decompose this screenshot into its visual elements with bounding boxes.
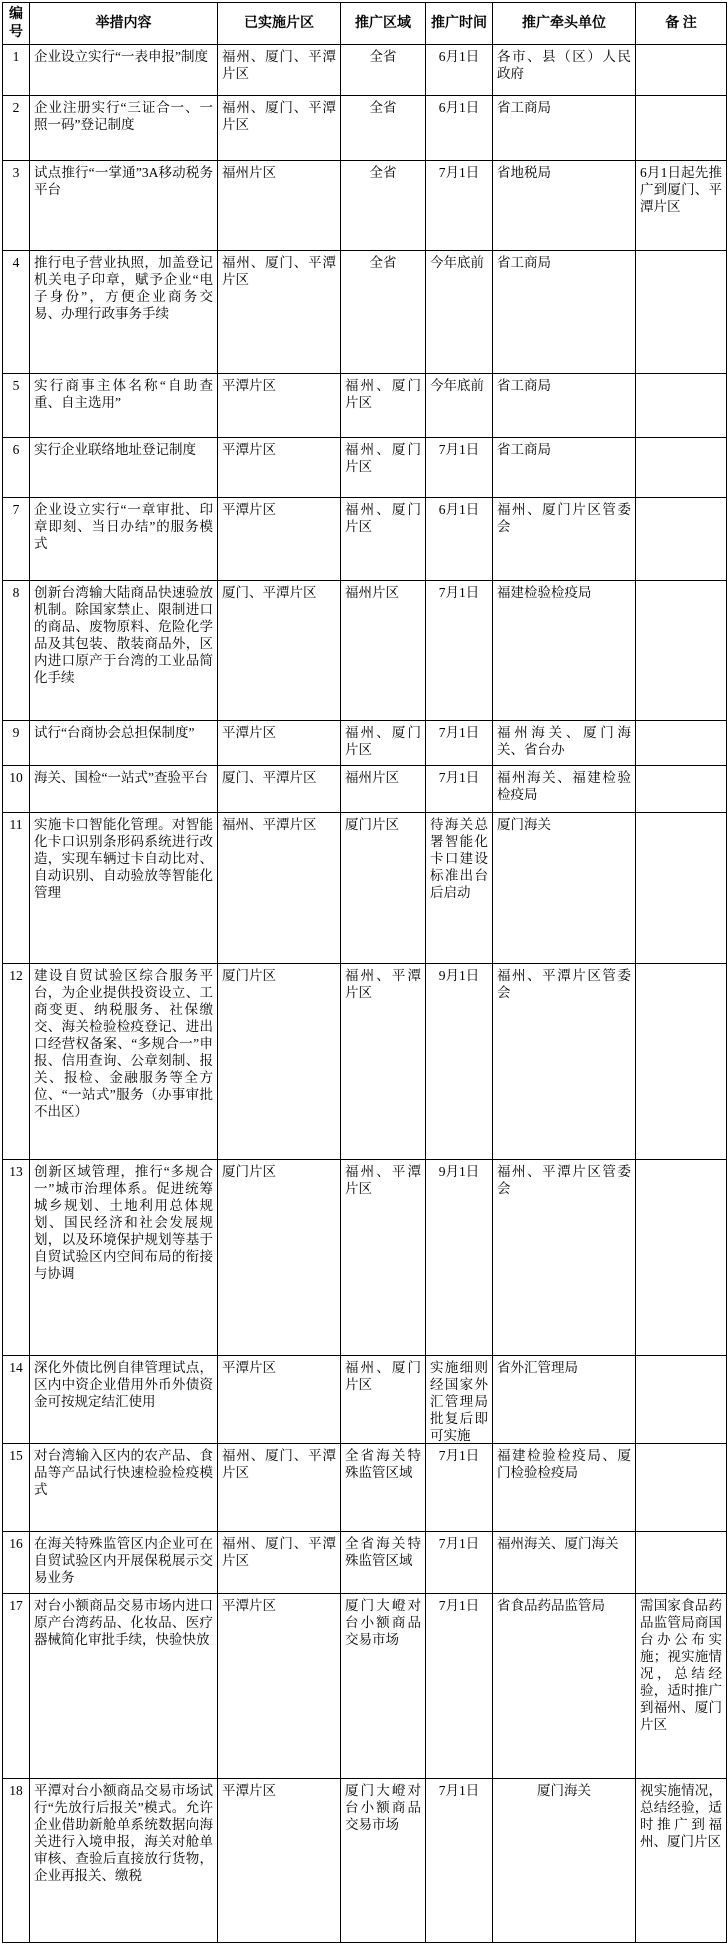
cell-time: 7月1日 <box>426 1779 493 1943</box>
cell-text: 福州、平潭片区管委会 <box>493 964 635 1159</box>
cell-text: 深化外债比例自律管理试点，区内中资企业借用外币外债资金可按规定结汇使用 <box>30 1356 217 1443</box>
cell-text: 福州片区 <box>218 161 340 250</box>
cell-content: 实行企业联络地址登记制度 <box>30 438 218 498</box>
cell-lead_unit: 福州、厦门片区管委会 <box>493 498 636 581</box>
cell-text: 福州、厦门、平潭片区 <box>218 251 340 373</box>
cell-implemented: 福州、厦门、平潭片区 <box>218 1532 341 1594</box>
cell-text: 平潭片区 <box>218 1594 340 1778</box>
cell-content: 试行“台商协会总担保制度” <box>30 721 218 766</box>
cell-num: 8 <box>3 581 30 721</box>
cell-content: 创新台湾输大陆商品快速验放机制。除国家禁止、限制进口的商品、废物原料、危险化学品… <box>30 581 218 721</box>
cell-implemented: 福州、平潭片区 <box>218 813 341 964</box>
cell-time: 6月1日 <box>426 45 493 96</box>
document-page: 编号举措内容已实施片区推广区域推广时间推广牵头单位备 注 1企业设立实行“一表申… <box>0 2 728 1943</box>
cell-text: 7月1日 <box>426 721 492 765</box>
cell-num: 1 <box>3 45 30 96</box>
cell-remark <box>636 766 727 813</box>
cell-text: 厦门海关 <box>493 1779 635 1942</box>
cell-remark <box>636 1532 727 1594</box>
cell-text: 需国家食品药品监管局商国台办公布实施；视实施情况，总结经验，适时推广到福州、厦门… <box>636 1594 726 1778</box>
cell-text: 6 <box>3 438 29 497</box>
table-row: 15对台湾输入区内的农产品、食品等产品试行快速检验检疫模式福州、厦门、平潭片区全… <box>3 1444 727 1532</box>
cell-content: 实施卡口智能化管理。对智能化卡口识别条形码系统进行改造，实现车辆过卡自动比对、自… <box>30 813 218 964</box>
cell-text: 14 <box>3 1356 29 1443</box>
cell-text: 7月1日 <box>426 1532 492 1593</box>
cell-remark <box>636 374 727 438</box>
cell-lead_unit: 省食品药品监管局 <box>493 1594 636 1779</box>
cell-text: 6月1日 <box>426 498 492 580</box>
cell-num: 2 <box>3 96 30 161</box>
table-row: 3试点推行“一掌通”3A移动税务平台福州片区全省7月1日省地税局6月1日起先推广… <box>3 161 727 251</box>
cell-region: 福州、平潭片区 <box>341 1160 426 1356</box>
cell-implemented: 平潭片区 <box>218 721 341 766</box>
cell-time: 7月1日 <box>426 438 493 498</box>
cell-time: 7月1日 <box>426 766 493 813</box>
cell-text <box>636 964 726 1159</box>
cell-region: 厦门大嶝对台小额商品交易市场 <box>341 1594 426 1779</box>
cell-text: 9月1日 <box>426 964 492 1159</box>
table-row: 6实行企业联络地址登记制度平潭片区福州、厦门片区7月1日省工商局 <box>3 438 727 498</box>
cell-text: 实施细则经国家外汇管理局批复后即可实施 <box>426 1356 492 1443</box>
cell-text: 9 <box>3 721 29 765</box>
cell-text: 省工商局 <box>493 96 635 160</box>
cell-text: 企业设立实行“一章审批、印章即刻、当日办结”的服务模式 <box>30 498 217 580</box>
cell-remark <box>636 438 727 498</box>
cell-text: 福州海关、厦门海关、省台办 <box>493 721 635 765</box>
cell-text: 福州、厦门片区 <box>341 498 425 580</box>
cell-text: 15 <box>3 1444 29 1531</box>
cell-text: 7月1日 <box>426 438 492 497</box>
cell-text: 2 <box>3 96 29 160</box>
table-row: 11实施卡口智能化管理。对智能化卡口识别条形码系统进行改造，实现车辆过卡自动比对… <box>3 813 727 964</box>
cell-time: 7月1日 <box>426 1444 493 1532</box>
cell-text <box>636 1444 726 1531</box>
cell-text: 福建检验检疫局 <box>493 581 635 720</box>
cell-remark: 6月1日起先推广到厦门、平潭片区 <box>636 161 727 251</box>
cell-text: 16 <box>3 1532 29 1593</box>
cell-text: 13 <box>3 1160 29 1355</box>
cell-text: 福州、厦门片区 <box>341 1356 425 1443</box>
cell-text <box>636 1356 726 1443</box>
cell-text: 厦门、平潭片区 <box>218 581 340 720</box>
cell-text: 对台湾输入区内的农产品、食品等产品试行快速检验检疫模式 <box>30 1444 217 1531</box>
cell-text: 省地税局 <box>493 161 635 250</box>
cell-text <box>636 766 726 812</box>
cell-content: 试点推行“一掌通”3A移动税务平台 <box>30 161 218 251</box>
cell-region: 全省海关特殊监管区域 <box>341 1532 426 1594</box>
cell-text: 试行“台商协会总担保制度” <box>30 721 217 765</box>
cell-time: 今年底前 <box>426 374 493 438</box>
table-row: 13创新区域管理，推行“多规合一”城市治理体系。促进统筹城乡规划、土地利用总体规… <box>3 1160 727 1356</box>
column-header-lead_unit: 推广牵头单位 <box>493 3 636 45</box>
column-header-remark: 备 注 <box>636 3 727 45</box>
cell-num: 12 <box>3 964 30 1160</box>
cell-text: 全省 <box>341 251 425 373</box>
cell-lead_unit: 福州海关、厦门海关、省台办 <box>493 721 636 766</box>
cell-time: 6月1日 <box>426 96 493 161</box>
cell-remark <box>636 96 727 161</box>
cell-content: 深化外债比例自律管理试点，区内中资企业借用外币外债资金可按规定结汇使用 <box>30 1356 218 1444</box>
cell-implemented: 平潭片区 <box>218 1356 341 1444</box>
cell-text: 11 <box>3 813 29 963</box>
cell-text <box>636 96 726 160</box>
table-row: 16在海关特殊监管区内企业可在自贸试验区内开展保税展示交易业务福州、厦门、平潭片… <box>3 1532 727 1594</box>
cell-text: 厦门大嶝对台小额商品交易市场 <box>341 1594 425 1778</box>
cell-content: 企业设立实行“一章审批、印章即刻、当日办结”的服务模式 <box>30 498 218 581</box>
cell-text <box>636 813 726 963</box>
cell-lead_unit: 省工商局 <box>493 251 636 374</box>
cell-text: 今年底前 <box>426 251 492 373</box>
cell-time: 6月1日 <box>426 498 493 581</box>
cell-region: 全省 <box>341 161 426 251</box>
cell-text <box>636 498 726 580</box>
cell-text: 6月1日 <box>426 96 492 160</box>
cell-text: 福州、厦门片区管委会 <box>493 498 635 580</box>
cell-implemented: 平潭片区 <box>218 374 341 438</box>
cell-implemented: 平潭片区 <box>218 438 341 498</box>
cell-num: 7 <box>3 498 30 581</box>
cell-text: 福州、厦门片区 <box>341 374 425 437</box>
cell-num: 6 <box>3 438 30 498</box>
cell-remark: 需国家食品药品监管局商国台办公布实施；视实施情况，总结经验，适时推广到福州、厦门… <box>636 1594 727 1779</box>
cell-implemented: 福州、厦门、平潭片区 <box>218 1444 341 1532</box>
cell-time: 7月1日 <box>426 581 493 721</box>
cell-text: 待海关总署智能化卡口建设标准出台后启动 <box>426 813 492 963</box>
cell-text: 实行企业联络地址登记制度 <box>30 438 217 497</box>
cell-region: 厦门大嶝对台小额商品交易市场 <box>341 1779 426 1943</box>
cell-text: 8 <box>3 581 29 720</box>
cell-region: 全省 <box>341 45 426 96</box>
cell-lead_unit: 福州、平潭片区管委会 <box>493 964 636 1160</box>
cell-remark: 视实施情况，总结经验，适时推广到福州、厦门片区 <box>636 1779 727 1943</box>
cell-text: 厦门片区 <box>218 964 340 1159</box>
cell-content: 平潭对台小额商品交易市场试行“先放行后报关”模式。允许企业借助新舱单系统数据向海… <box>30 1779 218 1943</box>
cell-text: 福州片区 <box>341 581 425 720</box>
cell-text: 创新台湾输大陆商品快速验放机制。除国家禁止、限制进口的商品、废物原料、危险化学品… <box>30 581 217 720</box>
cell-remark <box>636 251 727 374</box>
cell-text: 18 <box>3 1779 29 1942</box>
cell-text: 创新区域管理，推行“多规合一”城市治理体系。促进统筹城乡规划、土地利用总体规划、… <box>30 1160 217 1355</box>
cell-text: 推行电子营业执照，加盖登记机关电子印章，赋予企业“电子身份”，方便企业商务交易、… <box>30 251 217 373</box>
table-row: 8创新台湾输大陆商品快速验放机制。除国家禁止、限制进口的商品、废物原料、危险化学… <box>3 581 727 721</box>
cell-implemented: 福州、厦门、平潭片区 <box>218 251 341 374</box>
cell-time: 待海关总署智能化卡口建设标准出台后启动 <box>426 813 493 964</box>
cell-text: 福州、平潭片区 <box>218 813 340 963</box>
cell-text: 企业注册实行“三证合一、一照一码”登记制度 <box>30 96 217 160</box>
table-row: 18平潭对台小额商品交易市场试行“先放行后报关”模式。允许企业借助新舱单系统数据… <box>3 1779 727 1943</box>
cell-implemented: 厦门片区 <box>218 964 341 1160</box>
cell-text: 福州、平潭片区 <box>341 964 425 1159</box>
cell-implemented: 平潭片区 <box>218 1594 341 1779</box>
cell-time: 实施细则经国家外汇管理局批复后即可实施 <box>426 1356 493 1444</box>
cell-lead_unit: 厦门海关 <box>493 1779 636 1943</box>
cell-text: 7月1日 <box>426 1444 492 1531</box>
cell-text: 省工商局 <box>493 374 635 437</box>
cell-num: 3 <box>3 161 30 251</box>
cell-lead_unit: 省工商局 <box>493 374 636 438</box>
column-header-time: 推广时间 <box>426 3 493 45</box>
cell-content: 对台小额商品交易市场内进口原产台湾药品、化妆品、医疗器械简化审批手续，快验快放 <box>30 1594 218 1779</box>
cell-implemented: 厦门、平潭片区 <box>218 766 341 813</box>
column-header-implemented: 已实施片区 <box>218 3 341 45</box>
cell-text: 福州、厦门、平潭片区 <box>218 96 340 160</box>
cell-text: 9月1日 <box>426 1160 492 1355</box>
cell-text: 省工商局 <box>493 438 635 497</box>
cell-text: 平潭片区 <box>218 1779 340 1942</box>
cell-region: 福州片区 <box>341 766 426 813</box>
cell-text <box>636 581 726 720</box>
cell-text <box>636 1160 726 1355</box>
cell-text: 平潭片区 <box>218 721 340 765</box>
cell-text: 7月1日 <box>426 766 492 812</box>
cell-region: 福州片区 <box>341 581 426 721</box>
cell-lead_unit: 各市、县（区）人民政府 <box>493 45 636 96</box>
cell-num: 9 <box>3 721 30 766</box>
column-header-content: 举措内容 <box>30 3 218 45</box>
cell-remark <box>636 45 727 96</box>
cell-content: 海关、国检“一站式”查验平台 <box>30 766 218 813</box>
cell-num: 14 <box>3 1356 30 1444</box>
cell-num: 11 <box>3 813 30 964</box>
cell-text <box>636 721 726 765</box>
table-body: 1企业设立实行“一表申报”制度福州、厦门、平潭片区全省6月1日各市、县（区）人民… <box>3 45 727 1943</box>
cell-text: 平潭片区 <box>218 1356 340 1443</box>
cell-implemented: 平潭片区 <box>218 1779 341 1943</box>
cell-text <box>636 374 726 437</box>
cell-remark <box>636 1160 727 1356</box>
cell-time: 9月1日 <box>426 964 493 1160</box>
cell-text: 7月1日 <box>426 161 492 250</box>
cell-text: 实行商事主体名称“自助查重、自主选用” <box>30 374 217 437</box>
cell-content: 在海关特殊监管区内企业可在自贸试验区内开展保税展示交易业务 <box>30 1532 218 1594</box>
cell-implemented: 福州、厦门、平潭片区 <box>218 45 341 96</box>
cell-text: 在海关特殊监管区内企业可在自贸试验区内开展保税展示交易业务 <box>30 1532 217 1593</box>
cell-text: 福州、平潭片区管委会 <box>493 1160 635 1355</box>
cell-num: 18 <box>3 1779 30 1943</box>
cell-text: 4 <box>3 251 29 373</box>
table-row: 17对台小额商品交易市场内进口原产台湾药品、化妆品、医疗器械简化审批手续，快验快… <box>3 1594 727 1779</box>
cell-text: 厦门片区 <box>341 813 425 963</box>
cell-lead_unit: 福州海关、厦门海关 <box>493 1532 636 1594</box>
cell-text: 17 <box>3 1594 29 1778</box>
cell-text: 厦门海关 <box>493 813 635 963</box>
cell-text: 全省 <box>341 161 425 250</box>
cell-text: 平潭片区 <box>218 438 340 497</box>
table-header: 编号举措内容已实施片区推广区域推广时间推广牵头单位备 注 <box>3 3 727 45</box>
cell-region: 厦门片区 <box>341 813 426 964</box>
cell-num: 13 <box>3 1160 30 1356</box>
cell-lead_unit: 福建检验检疫局 <box>493 581 636 721</box>
cell-text: 1 <box>3 45 29 95</box>
cell-text: 福州、平潭片区 <box>341 1160 425 1355</box>
cell-text: 海关、国检“一站式”查验平台 <box>30 766 217 812</box>
cell-region: 全省 <box>341 251 426 374</box>
cell-implemented: 福州片区 <box>218 161 341 251</box>
cell-text: 对台小额商品交易市场内进口原产台湾药品、化妆品、医疗器械简化审批手续，快验快放 <box>30 1594 217 1778</box>
cell-lead_unit: 省工商局 <box>493 96 636 161</box>
cell-lead_unit: 福州、平潭片区管委会 <box>493 1160 636 1356</box>
cell-text: 福州、厦门、平潭片区 <box>218 45 340 95</box>
cell-remark <box>636 813 727 964</box>
cell-text: 12 <box>3 964 29 1159</box>
cell-region: 福州、厦门片区 <box>341 498 426 581</box>
cell-text: 全省 <box>341 96 425 160</box>
cell-text: 全省 <box>341 45 425 95</box>
cell-implemented: 厦门片区 <box>218 1160 341 1356</box>
cell-text: 7 <box>3 498 29 580</box>
cell-text: 福州、厦门片区 <box>341 721 425 765</box>
cell-text: 福州片区 <box>341 766 425 812</box>
column-header-region: 推广区域 <box>341 3 426 45</box>
cell-text: 5 <box>3 374 29 437</box>
cell-text: 平潭片区 <box>218 374 340 437</box>
cell-content: 企业设立实行“一表申报”制度 <box>30 45 218 96</box>
cell-time: 9月1日 <box>426 1160 493 1356</box>
cell-text: 省外汇管理局 <box>493 1356 635 1443</box>
cell-text: 厦门、平潭片区 <box>218 766 340 812</box>
cell-text: 厦门片区 <box>218 1160 340 1355</box>
cell-lead_unit: 福州海关、福建检验检疫局 <box>493 766 636 813</box>
table-row: 14深化外债比例自律管理试点，区内中资企业借用外币外债资金可按规定结汇使用平潭片… <box>3 1356 727 1444</box>
cell-num: 15 <box>3 1444 30 1532</box>
cell-text: 7月1日 <box>426 1594 492 1778</box>
cell-region: 福州、厦门片区 <box>341 1356 426 1444</box>
cell-content: 对台湾输入区内的农产品、食品等产品试行快速检验检疫模式 <box>30 1444 218 1532</box>
cell-num: 4 <box>3 251 30 374</box>
cell-text: 福州、厦门、平潭片区 <box>218 1532 340 1593</box>
cell-text: 全省海关特殊监管区域 <box>341 1532 425 1593</box>
cell-region: 全省海关特殊监管区域 <box>341 1444 426 1532</box>
cell-remark <box>636 964 727 1160</box>
cell-text: 10 <box>3 766 29 812</box>
cell-content: 创新区域管理，推行“多规合一”城市治理体系。促进统筹城乡规划、土地利用总体规划、… <box>30 1160 218 1356</box>
cell-text: 福建检验检疫局、厦门检验检疫局 <box>493 1444 635 1531</box>
cell-num: 10 <box>3 766 30 813</box>
cell-text: 视实施情况，总结经验，适时推广到福州、厦门片区 <box>636 1779 726 1942</box>
cell-implemented: 福州、厦门、平潭片区 <box>218 96 341 161</box>
table-row: 10海关、国检“一站式”查验平台厦门、平潭片区福州片区7月1日福州海关、福建检验… <box>3 766 727 813</box>
cell-implemented: 厦门、平潭片区 <box>218 581 341 721</box>
cell-text: 建设自贸试验区综合服务平台，为企业提供投资设立、工商变更、纳税服务、社保缴交、海… <box>30 964 217 1159</box>
cell-remark <box>636 1444 727 1532</box>
table-row: 7企业设立实行“一章审批、印章即刻、当日办结”的服务模式平潭片区福州、厦门片区6… <box>3 498 727 581</box>
table-row: 2企业注册实行“三证合一、一照一码”登记制度福州、厦门、平潭片区全省6月1日省工… <box>3 96 727 161</box>
cell-region: 福州、厦门片区 <box>341 438 426 498</box>
cell-text: 全省海关特殊监管区域 <box>341 1444 425 1531</box>
table-row: 5实行商事主体名称“自助查重、自主选用”平潭片区福州、厦门片区今年底前省工商局 <box>3 374 727 438</box>
cell-time: 7月1日 <box>426 161 493 251</box>
cell-lead_unit: 省地税局 <box>493 161 636 251</box>
cell-content: 建设自贸试验区综合服务平台，为企业提供投资设立、工商变更、纳税服务、社保缴交、海… <box>30 964 218 1160</box>
cell-lead_unit: 省外汇管理局 <box>493 1356 636 1444</box>
cell-text: 厦门大嶝对台小额商品交易市场 <box>341 1779 425 1942</box>
cell-lead_unit: 福建检验检疫局、厦门检验检疫局 <box>493 1444 636 1532</box>
cell-implemented: 平潭片区 <box>218 498 341 581</box>
cell-time: 7月1日 <box>426 721 493 766</box>
cell-text: 各市、县（区）人民政府 <box>493 45 635 95</box>
table-row: 4推行电子营业执照，加盖登记机关电子印章，赋予企业“电子身份”，方便企业商务交易… <box>3 251 727 374</box>
cell-time: 7月1日 <box>426 1532 493 1594</box>
column-header-num: 编号 <box>3 3 30 45</box>
cell-text <box>636 1532 726 1593</box>
cell-lead_unit: 厦门海关 <box>493 813 636 964</box>
cell-remark <box>636 721 727 766</box>
cell-region: 福州、厦门片区 <box>341 721 426 766</box>
cell-time: 7月1日 <box>426 1594 493 1779</box>
cell-num: 16 <box>3 1532 30 1594</box>
cell-text: 6月1日 <box>426 45 492 95</box>
cell-content: 实行商事主体名称“自助查重、自主选用” <box>30 374 218 438</box>
cell-text: 7月1日 <box>426 581 492 720</box>
cell-text: 7月1日 <box>426 1779 492 1942</box>
cell-text: 企业设立实行“一表申报”制度 <box>30 45 217 95</box>
cell-text: 福州、厦门、平潭片区 <box>218 1444 340 1531</box>
cell-text <box>636 251 726 373</box>
cell-text: 试点推行“一掌通”3A移动税务平台 <box>30 161 217 250</box>
cell-text: 3 <box>3 161 29 250</box>
cell-remark <box>636 581 727 721</box>
cell-text <box>636 45 726 95</box>
cell-text <box>636 438 726 497</box>
cell-text: 省工商局 <box>493 251 635 373</box>
cell-content: 推行电子营业执照，加盖登记机关电子印章，赋予企业“电子身份”，方便企业商务交易、… <box>30 251 218 374</box>
cell-num: 17 <box>3 1594 30 1779</box>
cell-text: 平潭片区 <box>218 498 340 580</box>
table-row: 9试行“台商协会总担保制度”平潭片区福州、厦门片区7月1日福州海关、厦门海关、省… <box>3 721 727 766</box>
cell-text: 今年底前 <box>426 374 492 437</box>
cell-num: 5 <box>3 374 30 438</box>
cell-region: 全省 <box>341 96 426 161</box>
cell-text: 实施卡口智能化管理。对智能化卡口识别条形码系统进行改造，实现车辆过卡自动比对、自… <box>30 813 217 963</box>
cell-text: 6月1日起先推广到厦门、平潭片区 <box>636 161 726 250</box>
cell-region: 福州、厦门片区 <box>341 374 426 438</box>
cell-text: 福州海关、厦门海关 <box>493 1532 635 1593</box>
measures-table: 编号举措内容已实施片区推广区域推广时间推广牵头单位备 注 1企业设立实行“一表申… <box>2 2 727 1943</box>
cell-lead_unit: 省工商局 <box>493 438 636 498</box>
table-row: 1企业设立实行“一表申报”制度福州、厦门、平潭片区全省6月1日各市、县（区）人民… <box>3 45 727 96</box>
cell-text: 省食品药品监管局 <box>493 1594 635 1778</box>
cell-content: 企业注册实行“三证合一、一照一码”登记制度 <box>30 96 218 161</box>
cell-text: 平潭对台小额商品交易市场试行“先放行后报关”模式。允许企业借助新舱单系统数据向海… <box>30 1779 217 1942</box>
header-row: 编号举措内容已实施片区推广区域推广时间推广牵头单位备 注 <box>3 3 727 45</box>
cell-remark <box>636 498 727 581</box>
cell-region: 福州、平潭片区 <box>341 964 426 1160</box>
cell-text: 福州海关、福建检验检疫局 <box>493 766 635 812</box>
cell-remark <box>636 1356 727 1444</box>
table-row: 12建设自贸试验区综合服务平台，为企业提供投资设立、工商变更、纳税服务、社保缴交… <box>3 964 727 1160</box>
cell-time: 今年底前 <box>426 251 493 374</box>
cell-text: 福州、厦门片区 <box>341 438 425 497</box>
